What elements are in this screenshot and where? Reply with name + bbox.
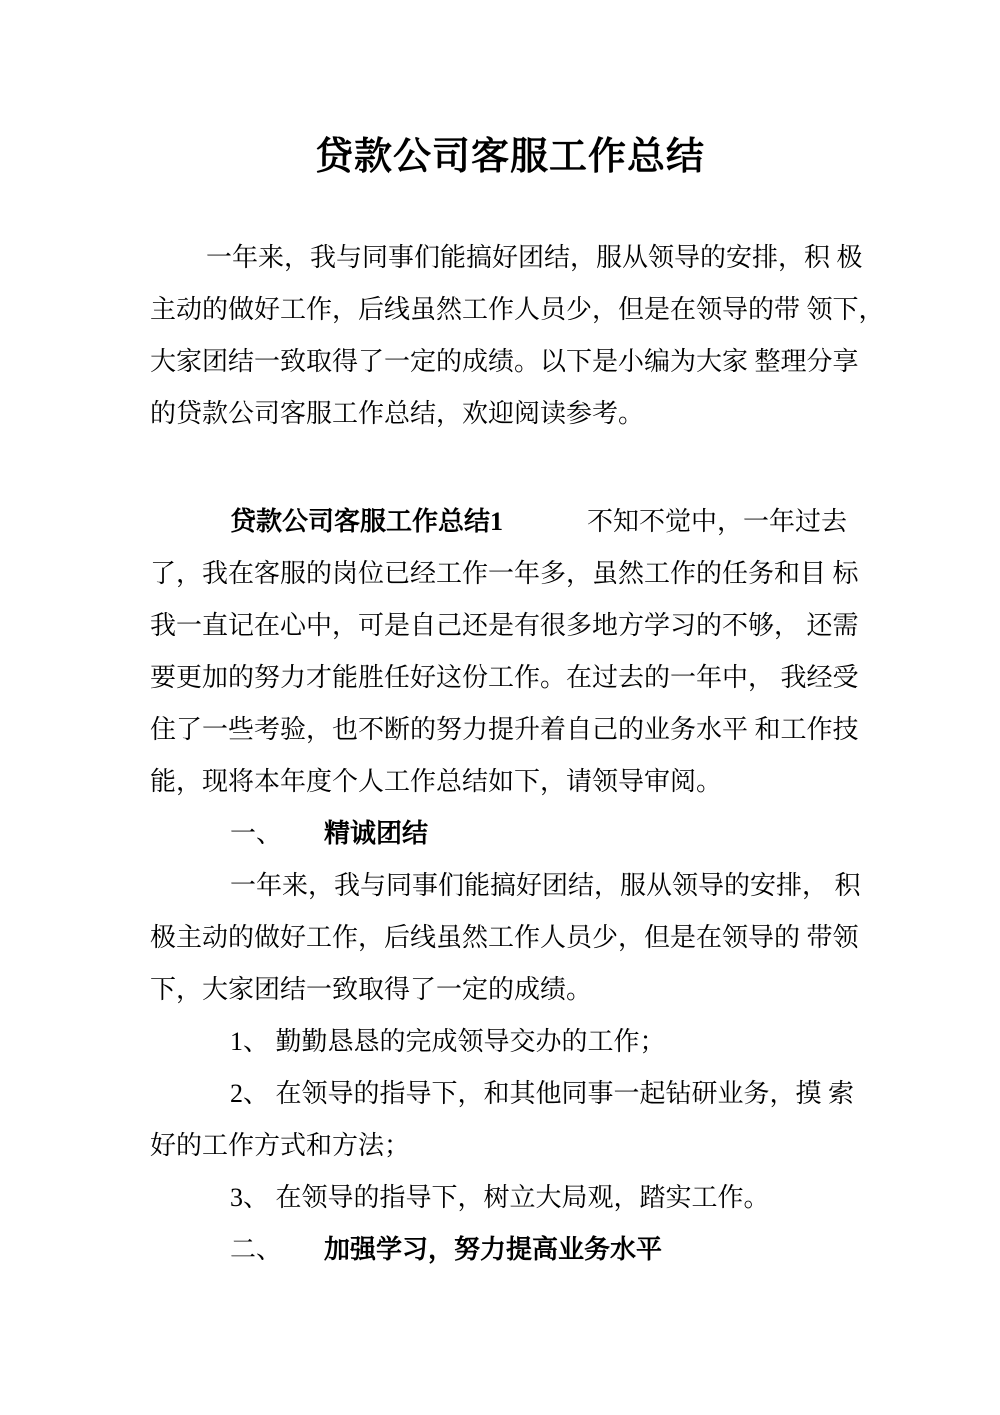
paragraph-section-1-body: 一年来，我与同事们能搞好团结，服从领导的安排， 积 极主动的做好工作，后线虽然工… <box>150 860 870 1016</box>
paragraph-line: 我一直记在心中，可是自己还是有很多地方学习的不够， 还需 <box>150 600 870 652</box>
summary-1-lead-rest: 不知不觉中，一年过去 <box>587 507 847 536</box>
section-1-heading: 一、精诚团结 <box>150 808 870 860</box>
list-item-2: 2、 在领导的指导下，和其他同事一起钻研业务，摸 索 好的工作方式和方法； <box>150 1068 870 1172</box>
paragraph-intro: 一年来，我与同事们能搞好团结，服从领导的安排，积 极 主动的做好工作，后线虽然工… <box>150 232 870 440</box>
section-2-numeral: 二、 <box>230 1235 282 1264</box>
paragraph-line: 贷款公司客服工作总结1不知不觉中，一年过去 <box>150 496 870 548</box>
paragraph-summary-1: 贷款公司客服工作总结1不知不觉中，一年过去 了，我在客服的岗位已经工作一年多，虽… <box>150 496 870 808</box>
heading-line: 二、加强学习，努力提高业务水平 <box>150 1224 870 1276</box>
paragraph-line: 能，现将本年度个人工作总结如下，请领导审阅。 <box>150 756 870 808</box>
paragraph-line: 一年来，我与同事们能搞好团结，服从领导的安排， 积 <box>150 860 870 912</box>
paragraph-line: 了，我在客服的岗位已经工作一年多，虽然工作的任务和目 标 <box>150 548 870 600</box>
list-item-line: 2、 在领导的指导下，和其他同事一起钻研业务，摸 索 <box>150 1068 870 1120</box>
document-title: 贷款公司客服工作总结 <box>150 127 870 187</box>
section-2-heading: 二、加强学习，努力提高业务水平 <box>150 1224 870 1276</box>
paragraph-line: 住了一些考验，也不断的努力提升着自己的业务水平 和工作技 <box>150 704 870 756</box>
paragraph-line: 要更加的努力才能胜任好这份工作。在过去的一年中， 我经受 <box>150 652 870 704</box>
list-item-line: 1、 勤勤恳恳的完成领导交办的工作； <box>150 1016 870 1068</box>
summary-1-lead-bold: 贷款公司客服工作总结1 <box>230 507 503 536</box>
heading-line: 一、精诚团结 <box>150 808 870 860</box>
list-item-3: 3、 在领导的指导下，树立大局观，踏实工作。 <box>150 1172 870 1224</box>
paragraph-line: 的贷款公司客服工作总结，欢迎阅读参考。 <box>150 388 870 440</box>
paragraph-line: 主动的做好工作，后线虽然工作人员少，但是在领导的带 领下， <box>150 284 870 336</box>
paragraph-line: 大家团结一致取得了一定的成绩。以下是小编为大家 整理分享 <box>150 336 870 388</box>
paragraph-line: 极主动的做好工作，后线虽然工作人员少，但是在领导的 带领 <box>150 912 870 964</box>
list-item-line: 3、 在领导的指导下，树立大局观，踏实工作。 <box>150 1172 870 1224</box>
section-2-title: 加强学习，努力提高业务水平 <box>324 1235 662 1264</box>
list-item-1: 1、 勤勤恳恳的完成领导交办的工作； <box>150 1016 870 1068</box>
paragraph-line: 一年来，我与同事们能搞好团结，服从领导的安排，积 极 <box>150 232 870 284</box>
section-1-numeral: 一、 <box>230 819 282 848</box>
list-item-line: 好的工作方式和方法； <box>150 1120 870 1172</box>
document-page: 贷款公司客服工作总结 一年来，我与同事们能搞好团结，服从领导的安排，积 极 主动… <box>0 0 1000 1415</box>
paragraph-line: 下，大家团结一致取得了一定的成绩。 <box>150 964 870 1016</box>
section-1-title: 精诚团结 <box>324 819 428 848</box>
